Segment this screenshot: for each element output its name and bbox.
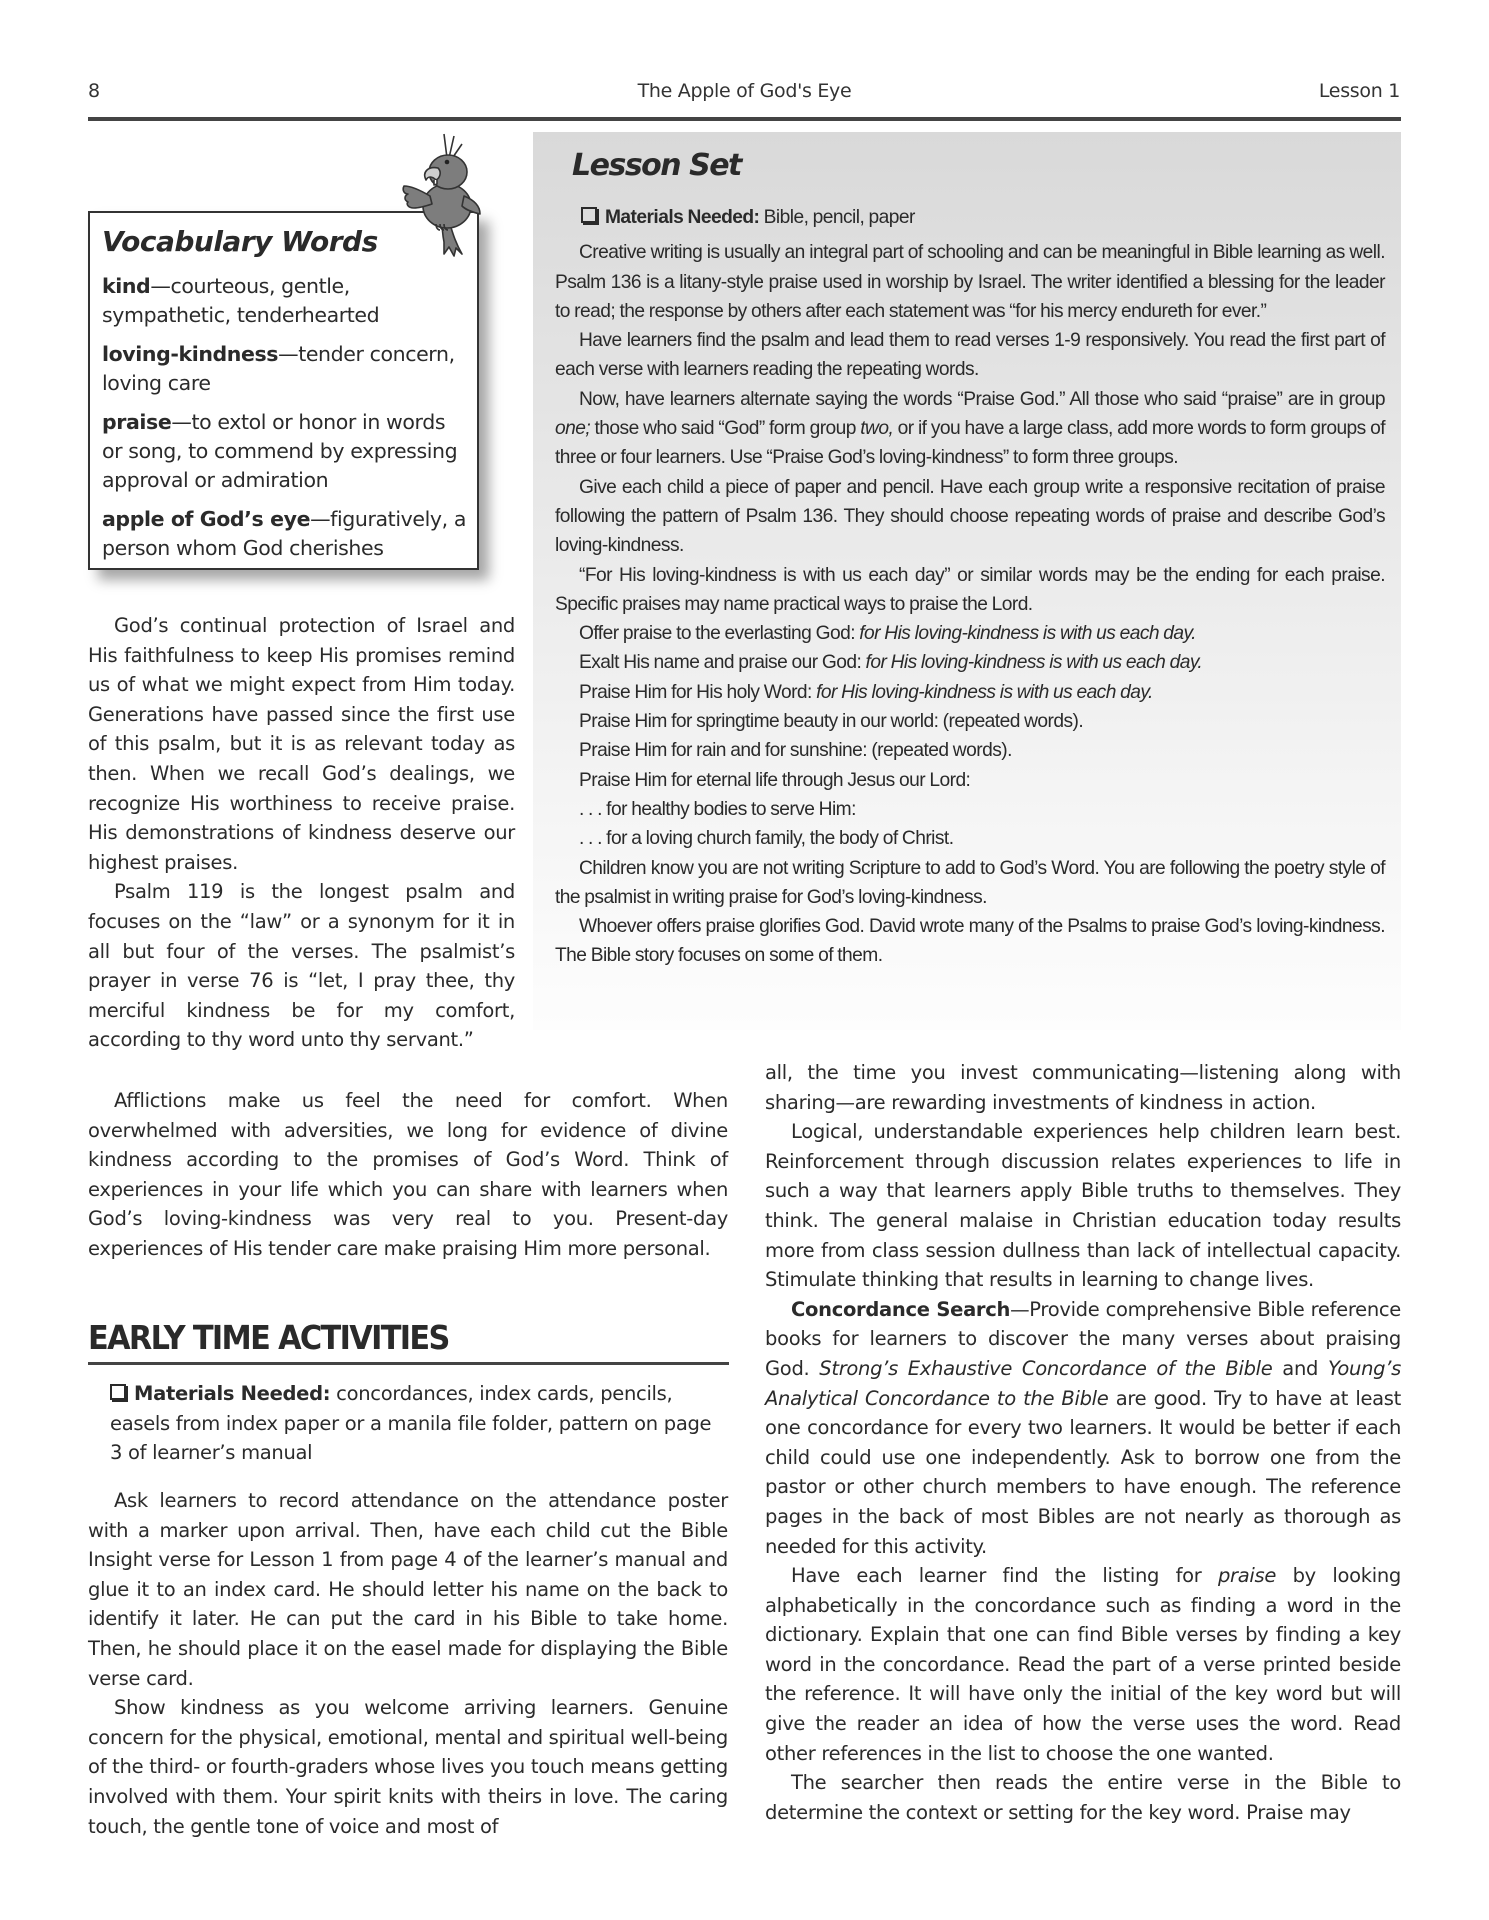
lesson-label: Lesson 1 [1319,80,1400,102]
right-column: all, the time you invest communicating—l… [765,1058,1401,1827]
lesson-set-title: Lesson Set [572,148,741,183]
lesson-paragraph: “For His loving-kindness is with us each… [555,561,1385,620]
lesson-paragraph: Creative writing is usually an integral … [555,238,1385,326]
concordance-paragraph: Concordance Search—Provide comprehensive… [765,1295,1401,1561]
header-rule [88,117,1401,121]
example-line: Praise Him for springtime beauty in our … [555,707,1385,736]
lesson-materials: Materials Needed: Bible, pencil, paper [555,203,1385,232]
left-column: God’s continual protection of Israel and… [88,611,515,1055]
vocabulary-entry: kind—courteous, gentle, sympathetic, ten… [102,272,467,330]
lesson-paragraph: Children know you are not writing Script… [555,854,1385,913]
lesson-paragraph: Whoever offers praise glorifies God. Dav… [555,912,1385,971]
vocabulary-entry: apple of God’s eye—figuratively, a perso… [102,505,467,563]
body-paragraph: Have each learner find the listing for p… [765,1561,1401,1768]
checkbox-icon [110,1384,126,1400]
example-line: . . . for a loving church family, the bo… [555,824,1385,853]
body-paragraph: all, the time you invest communicating—l… [765,1058,1401,1117]
bird-mascot-icon [392,130,482,258]
early-materials: Materials Needed: concordances, index ca… [110,1379,720,1468]
body-paragraph: Show kindness as you welcome arriving le… [88,1693,728,1841]
example-line: . . . for healthy bodies to serve Him: [555,795,1385,824]
lesson-paragraph: Have learners find the psalm and lead th… [555,326,1385,385]
left-wide-section: Afflictions make us feel the need for co… [88,1086,728,1264]
body-paragraph: The searcher then reads the entire verse… [765,1768,1401,1827]
example-line: Offer praise to the everlasting God: for… [555,619,1385,648]
checkbox-icon [581,207,597,223]
example-line: Praise Him for His holy Word: for His lo… [555,678,1385,707]
vocabulary-box: Vocabulary Words kind—courteous, gentle,… [88,211,479,570]
lesson-paragraph: Give each child a piece of paper and pen… [555,473,1385,561]
concordance-search-label: Concordance Search [791,1298,1010,1321]
running-title: The Apple of God's Eye [0,80,1489,102]
body-paragraph: Afflictions make us feel the need for co… [88,1086,728,1264]
lesson-set-body: Materials Needed: Bible, pencil, paper C… [555,203,1385,971]
example-line: Praise Him for eternal life through Jesu… [555,766,1385,795]
lesson-paragraph: Now, have learners alternate saying the … [555,385,1385,473]
body-paragraph: Logical, understandable experiences help… [765,1117,1401,1295]
early-time-body: Ask learners to record attendance on the… [88,1486,728,1841]
early-time-rule [88,1362,729,1365]
body-paragraph: God’s continual protection of Israel and… [88,611,515,877]
example-line: Praise Him for rain and for sunshine: (r… [555,736,1385,765]
body-paragraph: Psalm 119 is the longest psalm and focus… [88,877,515,1055]
vocabulary-entry: loving-kindness—tender concern, loving c… [102,340,467,398]
body-paragraph: Ask learners to record attendance on the… [88,1486,728,1693]
vocabulary-entry: praise—to extol or honor in words or son… [102,408,467,495]
early-time-heading: EARLY TIME ACTIVITIES [88,1318,449,1357]
example-line: Exalt His name and praise our God: for H… [555,648,1385,677]
